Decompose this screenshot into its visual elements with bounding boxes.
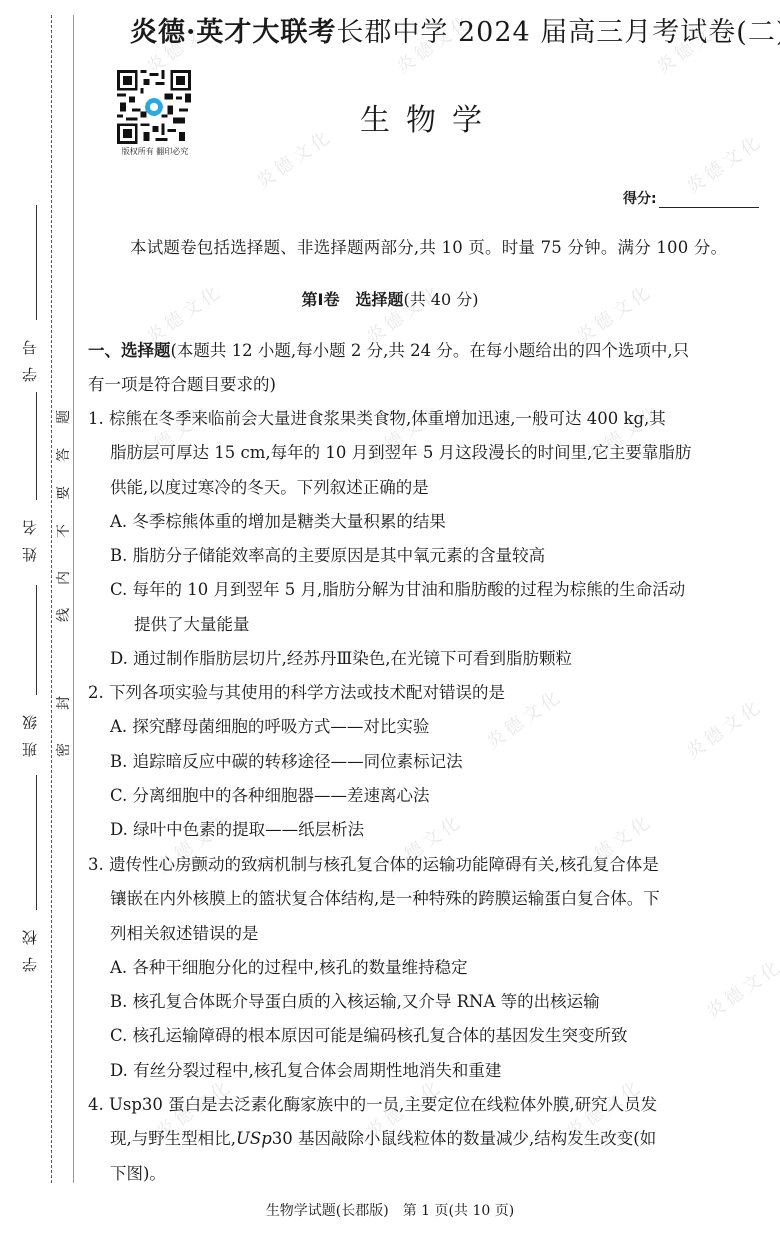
name-field[interactable]: 姓名	[18, 392, 42, 562]
school-label: 学校	[21, 918, 40, 972]
exam-title-text: 长郡中学 2024 届高三月考试卷(二)	[336, 17, 780, 48]
part-one-instructions-cont: 有一项是符合题目要求的)	[88, 368, 768, 402]
question-stem: 脂肪层可厚达 15 cm,每年的 10 月到翌年 5 月这段漫长的时间里,它主要…	[88, 436, 768, 470]
seal-char: 线	[53, 607, 73, 623]
question-2: 2. 下列各项实验与其使用的科学方法或技术配对错误的是 A. 探究酵母菌细胞的呼…	[88, 676, 768, 847]
gene-name: USp	[236, 1129, 272, 1148]
question-stem: 3. 遗传性心房颤动的致病机制与核孔复合体的运输功能障碍有关,核孔复合体是	[88, 848, 768, 882]
score-blank[interactable]	[659, 193, 759, 208]
class-field[interactable]: 班级	[18, 585, 42, 757]
option-b: B. 脂肪分子储能效率高的主要原因是其中氧元素的含量较高	[88, 539, 768, 573]
question-stem: 供能,以度过寒冷的冬天。下列叙述正确的是	[88, 471, 768, 505]
watermark: 炎德文化	[251, 122, 338, 194]
question-stem: 1. 棕熊在冬季来临前会大量进食浆果类食物,体重增加迅速,一般可达 400 kg…	[88, 402, 768, 436]
page-footer: 生物学试题(长郡版) 第 1 页(共 10 页)	[0, 1200, 780, 1220]
seal-char: 答	[53, 447, 73, 463]
option-d: D. 绿叶中色素的提取——纸层析法	[88, 813, 768, 847]
exam-title: 炎德·英才大联考长郡中学 2024 届高三月考试卷(二)	[130, 10, 730, 49]
option-b: B. 核孔复合体既介导蛋白质的入核运输,又介导 RNA 等的出核运输	[88, 985, 768, 1019]
section-title: 第Ⅰ卷 选择题(共 40 分)	[0, 287, 780, 310]
option-a: A. 各种干细胞分化的过程中,核孔的数量维持稳定	[88, 951, 768, 985]
option-c: C. 分离细胞中的各种细胞器——差速离心法	[88, 779, 768, 813]
seal-char: 不	[53, 523, 73, 539]
margin-line	[73, 15, 74, 1183]
option-a: A. 探究酵母菌细胞的呼吸方式——对比实验	[88, 710, 768, 744]
question-1: 1. 棕熊在冬季来临前会大量进食浆果类食物,体重增加迅速,一般可达 400 kg…	[88, 402, 768, 676]
class-label: 班级	[21, 703, 40, 757]
section-title-bold: 第Ⅰ卷 选择题	[302, 290, 404, 309]
name-blank[interactable]	[36, 392, 37, 500]
option-c-cont: 提供了大量能量	[88, 608, 768, 642]
score-field[interactable]: 得分:	[623, 188, 759, 208]
option-c: C. 每年的 10 月到翌年 5 月,脂肪分解为甘油和脂肪酸的过程为棕熊的生命活…	[88, 573, 768, 607]
seal-char: 封	[53, 695, 73, 711]
section-title-points: (共 40 分)	[403, 290, 478, 309]
question-stem: 2. 下列各项实验与其使用的科学方法或技术配对错误的是	[88, 676, 768, 710]
subject-title: 生物学	[360, 95, 498, 139]
school-blank[interactable]	[36, 775, 37, 910]
qr-code-icon	[117, 70, 191, 144]
option-d: D. 有丝分裂过程中,核孔复合体会周期性地消失和重建	[88, 1054, 768, 1088]
option-c: C. 核孔运输障碍的根本原因可能是编码核孔复合体的基因发生突变所致	[88, 1019, 768, 1053]
question-3: 3. 遗传性心房颤动的致病机制与核孔复合体的运输功能障碍有关,核孔复合体是 镶嵌…	[88, 848, 768, 1088]
question-stem: 镶嵌在内外核膜上的篮状复合体结构,是一种特殊的跨膜运输蛋白复合体。下	[88, 882, 768, 916]
seal-char: 内	[53, 570, 73, 586]
exam-brand: 炎德·英才大联考	[130, 17, 336, 48]
question-stem: 现,与野生型相比,	[110, 1129, 236, 1148]
qr-caption: 版权所有 翻印必究	[112, 146, 198, 157]
seal-char: 题	[53, 409, 73, 425]
exam-page: 炎德文化 炎德文化 炎德文化 炎德文化 炎德文化 炎德文化 炎德文化 炎德文化 …	[0, 0, 780, 1234]
student-id-label: 学号	[21, 328, 40, 382]
option-b: B. 追踪暗反应中碳的转移途径——同位素标记法	[88, 745, 768, 779]
seal-char: 要	[53, 485, 73, 501]
name-label: 姓名	[21, 508, 40, 562]
option-a: A. 冬季棕熊体重的增加是糖类大量积累的结果	[88, 505, 768, 539]
question-stem: 列相关叙述错误的是	[88, 917, 768, 951]
question-stem: 30 基因敲除小鼠线粒体的数量减少,结构发生改变(如	[272, 1129, 656, 1148]
school-field[interactable]: 学校	[18, 775, 42, 972]
seal-char: 密	[53, 742, 73, 758]
score-label: 得分:	[623, 188, 657, 208]
exam-instructions: 本试题卷包括选择题、非选择题两部分,共 10 页。时量 75 分钟。满分 100…	[130, 234, 727, 258]
question-4: 4. Usp30 蛋白是去泛素化酶家族中的一员,主要定位在线粒体外膜,研究人员发…	[88, 1088, 768, 1191]
cut-line-dashed	[51, 15, 52, 1183]
question-stem: 4. Usp30 蛋白是去泛素化酶家族中的一员,主要定位在线粒体外膜,研究人员发	[88, 1088, 768, 1122]
class-blank[interactable]	[36, 585, 37, 695]
part-one-instructions: (本题共 12 小题,每小题 2 分,共 24 分。在每小题给出的四个选项中,只	[171, 341, 690, 360]
option-d: D. 通过制作脂肪层切片,经苏丹Ⅲ染色,在光镜下可看到脂肪颗粒	[88, 642, 768, 676]
part-one-heading: 一、选择题(本题共 12 小题,每小题 2 分,共 24 分。在每小题给出的四个…	[88, 334, 768, 403]
question-stem: 下图)。	[88, 1157, 768, 1191]
part-one-title: 一、选择题	[88, 341, 171, 360]
